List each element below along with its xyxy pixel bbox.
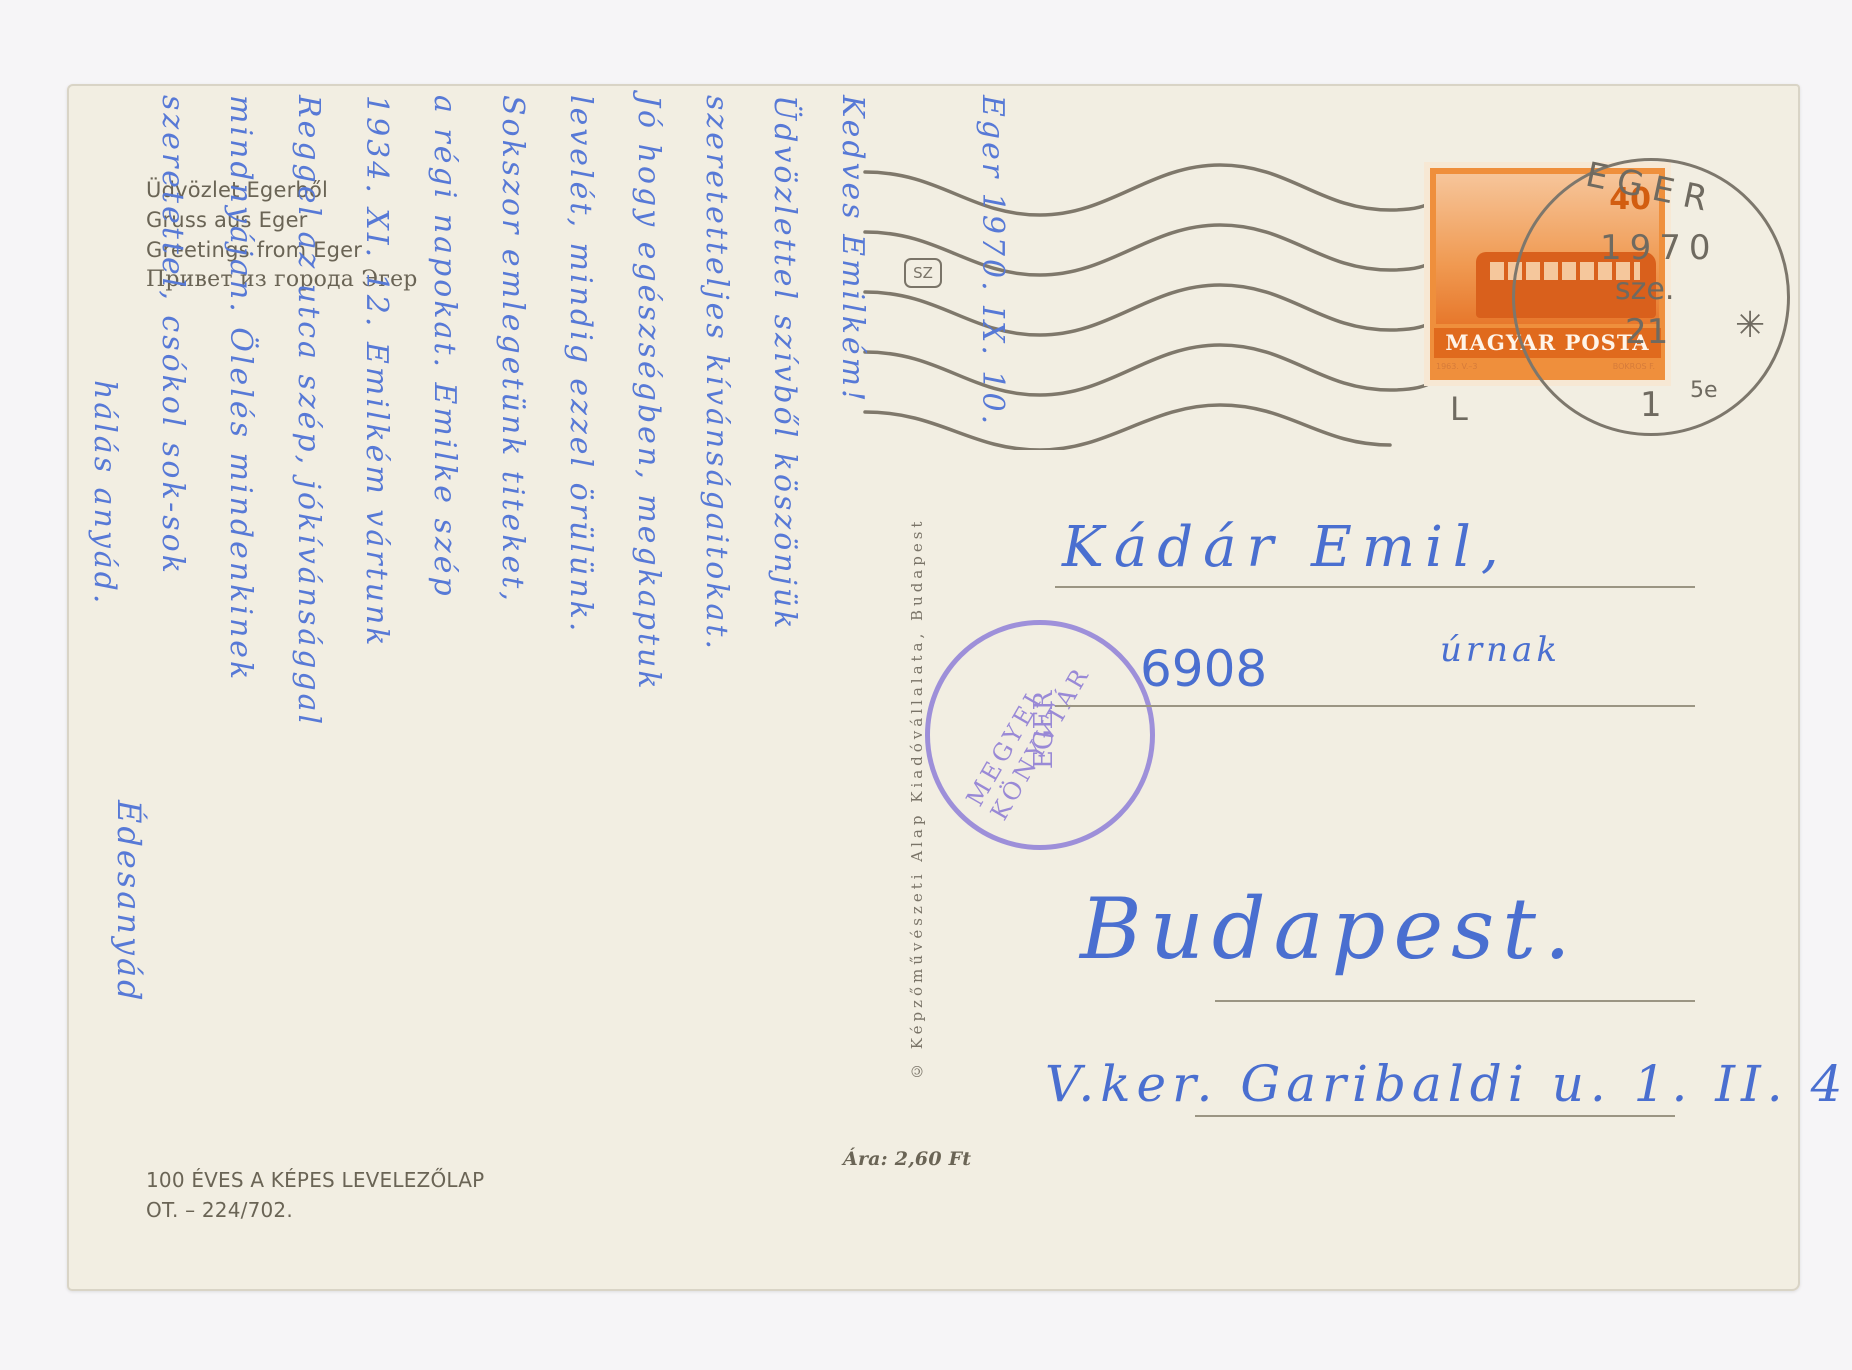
message-line: levelét, mindig ezzel örülünk.: [563, 95, 598, 634]
library-stamp: MEGYEI KÖNYVTÁR EGER: [925, 620, 1155, 850]
message-line: Reggel az utca szép, jókívánsággal: [291, 95, 326, 727]
postmark-day: 21: [1625, 312, 1668, 352]
catalog-number: OT. – 224/702.: [146, 1196, 293, 1224]
postmark-year: 1970: [1600, 228, 1719, 268]
message-line: a régi napokat. Emilke szép: [427, 95, 462, 599]
message-line: Jó hogy egészségben, megkaptuk: [631, 95, 666, 692]
message-line: Kedves Emilkém!: [835, 95, 870, 404]
message-line: Sokszor emlegetünk titeket,: [495, 95, 530, 604]
address-line-3: [1215, 1000, 1695, 1002]
recipient-honorific: úrnak: [1440, 630, 1561, 670]
cancellation-waves: [860, 160, 1450, 450]
message-line: Üdvözlettel szívből köszönjük: [767, 95, 802, 631]
postmark-code: 1: [1640, 385, 1662, 425]
recipient-postcode: 6908: [1140, 640, 1267, 698]
postmark-star-icon: ✳: [1735, 305, 1765, 346]
price-label: Ára: 2,60 Ft: [843, 1145, 971, 1173]
message-line: 1934. XI. 12. Emilkém vártunk: [359, 95, 394, 648]
message-line: szeretetteljes kívánságaitokat.: [699, 95, 734, 652]
message-line: mindnyájan. Ölelés mindenkinek: [223, 95, 258, 682]
recipient-city: Budapest.: [1080, 880, 1579, 978]
message-line: szeretettel, csókol sok-sok: [155, 95, 190, 576]
publisher-credit: © Képzőművészeti Alap Kiadóvállalata, Bu…: [908, 420, 926, 1080]
library-stamp-center-text: EGER: [1029, 691, 1059, 769]
address-line-1: [1055, 586, 1695, 588]
postmark-month: sze.: [1615, 272, 1674, 307]
address-line-4: [1195, 1115, 1675, 1117]
stamp-print-year: 1963. V.–3: [1436, 362, 1478, 371]
recipient-name: Kádár Emil,: [1062, 515, 1509, 580]
message-date: Eger 1970. IX. 10.: [975, 95, 1010, 427]
message-line: hálás anyád.: [87, 380, 122, 606]
anniversary-text: 100 ÉVES A KÉPES LEVELEZŐLAP: [146, 1166, 484, 1194]
postmark-suffix: 5e: [1690, 378, 1718, 403]
message-signature: Édesanyád: [110, 800, 148, 1004]
recipient-street: V.ker. Garibaldi u. 1. II. 4: [1045, 1055, 1848, 1113]
address-line-2: [1055, 705, 1695, 707]
postmark-letter: L: [1450, 390, 1468, 428]
